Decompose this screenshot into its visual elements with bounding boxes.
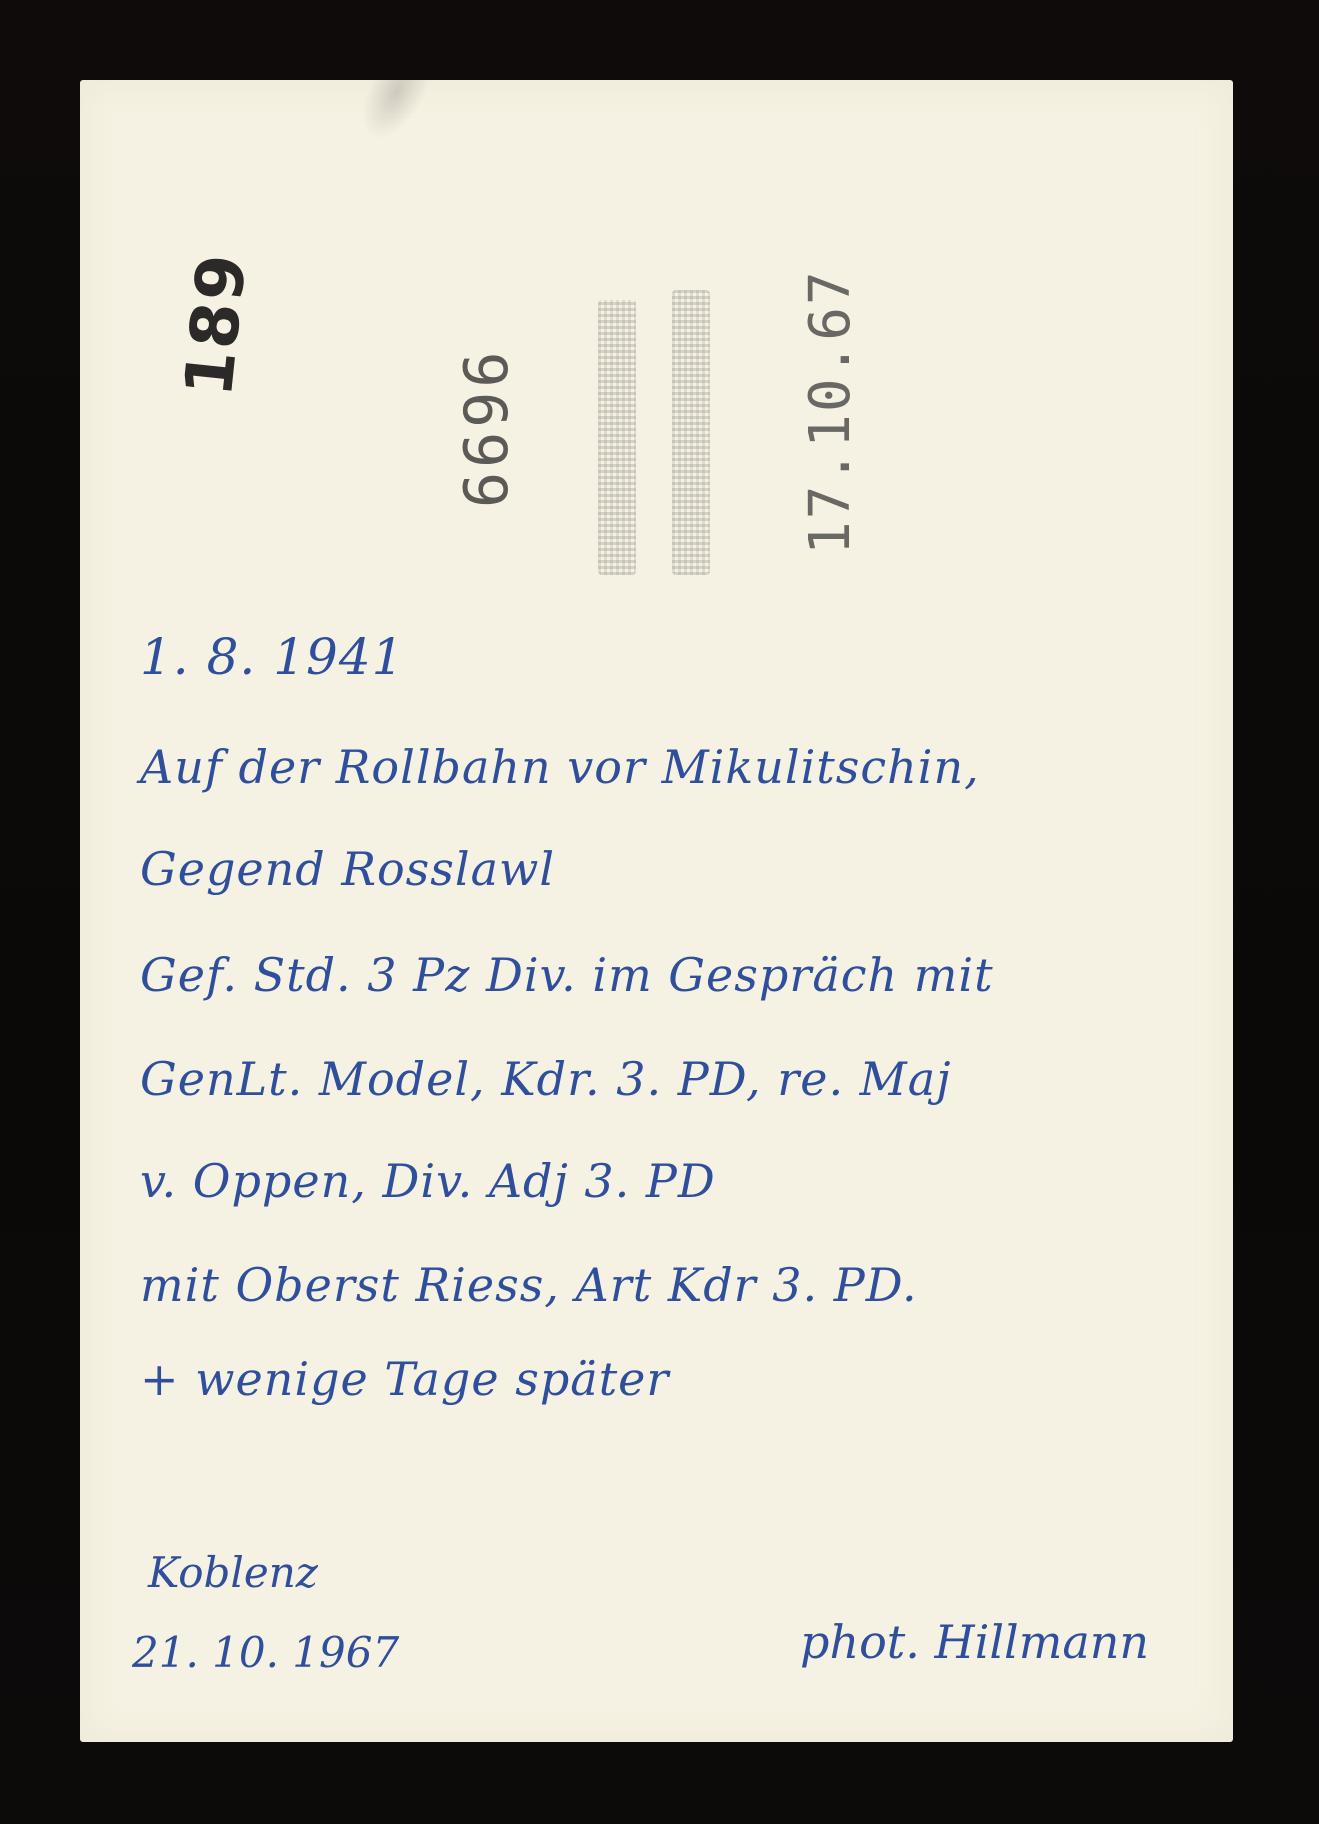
archive-number: 189 — [170, 249, 262, 400]
caption-line: Gegend Rosslawl — [140, 842, 555, 896]
caption-line: v. Oppen, Div. Adj 3. PD — [140, 1154, 716, 1208]
caption-line: mit Oberst Riess, Art Kdr 3. PD. — [140, 1258, 918, 1312]
footer-place: Koblenz — [148, 1548, 318, 1597]
faded-stamp-column-1 — [598, 300, 636, 575]
faded-stamp-column-2 — [672, 290, 710, 575]
caption-line: Gef. Std. 3 Pz Div. im Gespräch mit — [140, 948, 994, 1002]
stamp-number: 6696 — [452, 348, 522, 509]
stamp-date: 17.10.67 — [798, 269, 863, 555]
smudge-mark — [349, 80, 431, 140]
photographer-credit: phot. Hillmann — [800, 1615, 1149, 1669]
footer-date: 21. 10. 1967 — [132, 1628, 399, 1677]
caption-date: 1. 8. 1941 — [140, 628, 404, 686]
caption-line: Auf der Rollbahn vor Mikulitschin, — [140, 740, 980, 794]
caption-line: + wenige Tage später — [140, 1352, 669, 1406]
caption-line: GenLt. Model, Kdr. 3. PD, re. Maj — [140, 1052, 951, 1106]
